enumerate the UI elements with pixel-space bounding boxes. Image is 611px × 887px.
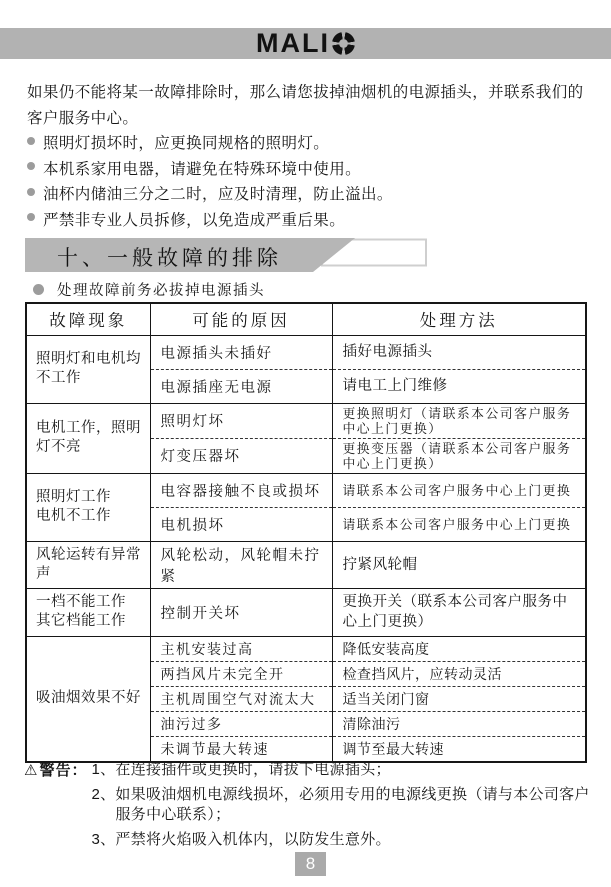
- section-banner: 十、一般故障的排除: [25, 238, 435, 272]
- cause-cell: 电容器接触不良或损坏: [150, 473, 332, 507]
- phenomenon-cell: 照明灯和电机均不工作: [26, 335, 150, 403]
- cause-cell: 两挡风片未完全开: [150, 661, 332, 686]
- bullet-icon: [27, 137, 35, 145]
- table-row: 照明灯工作 电机不工作电容器接触不良或损坏请联系本公司客户服务中心上门更换: [26, 473, 586, 507]
- note-item: 本机系家用电器，请避免在特殊环境中使用。: [27, 157, 597, 183]
- table-row: 电机工作，照明灯不亮照明灯坏更换照明灯（请联系本公司客户服务中心上门更换）: [26, 403, 586, 438]
- phenomenon-cell: 一档不能工作 其它档能工作: [26, 588, 150, 636]
- solution-cell: 更换变压器（请联系本公司客户服务中心上门更换）: [332, 438, 586, 473]
- notes-list: 照明灯损坏时，应更换同规格的照明灯。本机系家用电器，请避免在特殊环境中使用。油杯…: [27, 131, 597, 233]
- brand-logo-text: MALI: [256, 28, 330, 59]
- phenomenon-cell: 风轮运转有异常声: [26, 541, 150, 588]
- cause-cell: 电机损坏: [150, 507, 332, 541]
- table-row: 一档不能工作 其它档能工作控制开关坏更换开关（联系本公司客户服务中心上门更换）: [26, 588, 586, 636]
- note-item: 严禁非专业人员拆修，以免造成严重后果。: [27, 208, 597, 234]
- solution-cell: 更换开关（联系本公司客户服务中心上门更换）: [332, 588, 586, 636]
- intro-paragraph: 如果仍不能将某一故障排除时，那么请您拔掉油烟机的电源插头，并联系我们的客户服务中…: [27, 80, 589, 132]
- note-text: 严禁非专业人员拆修，以免造成严重后果。: [43, 208, 345, 234]
- header-cell: 处理方法: [332, 303, 586, 335]
- note-text: 本机系家用电器，请避免在特殊环境中使用。: [43, 157, 361, 183]
- fault-table: 故障现象可能的原因处理方法 照明灯和电机均不工作电源插头未插好插好电源插头电源插…: [25, 302, 587, 763]
- phenomenon-cell: 电机工作，照明灯不亮: [26, 403, 150, 473]
- cause-cell: 照明灯坏: [150, 403, 332, 438]
- brand-bar: MALI: [0, 28, 611, 59]
- shutter-ring-icon: [332, 32, 355, 55]
- header-cell: 可能的原因: [150, 303, 332, 335]
- table-row: 风轮运转有异常声风轮松动，风轮帽未拧紧拧紧风轮帽: [26, 541, 586, 588]
- fault-table-body: 照明灯和电机均不工作电源插头未插好插好电源插头电源插座无电源请电工上门维修电机工…: [26, 335, 586, 762]
- note-text: 油杯内储油三分之二时，应及时清理，防止溢出。: [43, 182, 393, 208]
- bullet-icon: [27, 162, 35, 170]
- bullet-icon: [27, 188, 35, 196]
- solution-cell: 降低安装高度: [332, 636, 586, 661]
- phenomenon-cell: 照明灯工作 电机不工作: [26, 473, 150, 541]
- cause-cell: 主机安装过高: [150, 636, 332, 661]
- brand-logo: MALI: [256, 28, 355, 59]
- warning-label: ⚠警告：: [24, 760, 87, 781]
- solution-cell: 更换照明灯（请联系本公司客户服务中心上门更换）: [332, 403, 586, 438]
- warning-triangle-icon: ⚠: [24, 762, 38, 779]
- cause-cell: 控制开关坏: [150, 588, 332, 636]
- section-title: 十、一般故障的排除: [57, 242, 282, 272]
- solution-cell: 插好电源插头: [332, 335, 586, 369]
- solution-cell: 清除油污: [332, 711, 586, 736]
- warning-item: 2、如果吸油烟机电源线损坏，必须用专用的电源线更换（请与本公司客户服务中心联系）…: [91, 785, 596, 826]
- cause-cell: 主机周围空气对流太大: [150, 686, 332, 711]
- warning-items: 1、在连接插件或更换时，请拔下电源插头；2、如果吸油烟机电源线损坏，必须用专用的…: [91, 760, 596, 854]
- phenomenon-cell: 吸油烟效果不好: [26, 636, 150, 762]
- fault-table-header: 故障现象可能的原因处理方法: [26, 303, 586, 335]
- note-text: 照明灯损坏时，应更换同规格的照明灯。: [43, 131, 329, 157]
- warning-label-text: 警告：: [39, 762, 87, 779]
- manual-page: MALI 如果仍不能将某一故障排除时，那么请您拔掉油烟机的电源插头，并联系我们的…: [0, 0, 611, 887]
- solution-cell: 调节至最大转速: [332, 736, 586, 762]
- note-item: 照明灯损坏时，应更换同规格的照明灯。: [27, 131, 597, 157]
- solution-cell: 适当关闭门窗: [332, 686, 586, 711]
- solution-cell: 请联系本公司客户服务中心上门更换: [332, 473, 586, 507]
- warning-item: 1、在连接插件或更换时，请拔下电源插头；: [91, 760, 596, 781]
- section-subnote: 处理故障前务必拔掉电源插头: [33, 279, 265, 300]
- page-number-badge: 8: [295, 852, 326, 876]
- solution-cell: 检查挡风片，应转动灵活: [332, 661, 586, 686]
- cause-cell: 未调节最大转速: [150, 736, 332, 762]
- subnote-text: 处理故障前务必拔掉电源插头: [57, 279, 265, 300]
- cause-cell: 灯变压器坏: [150, 438, 332, 473]
- cause-cell: 油污过多: [150, 711, 332, 736]
- solution-cell: 请联系本公司客户服务中心上门更换: [332, 507, 586, 541]
- cause-cell: 电源插座无电源: [150, 369, 332, 403]
- cause-cell: 电源插头未插好: [150, 335, 332, 369]
- table-row: 吸油烟效果不好主机安装过高降低安装高度: [26, 636, 586, 661]
- bullet-icon: [33, 284, 44, 295]
- cause-cell: 风轮松动，风轮帽未拧紧: [150, 541, 332, 588]
- header-cell: 故障现象: [26, 303, 150, 335]
- fault-table-wrap: 故障现象可能的原因处理方法 照明灯和电机均不工作电源插头未插好插好电源插头电源插…: [25, 302, 587, 763]
- warning-block: ⚠警告： 1、在连接插件或更换时，请拔下电源插头；2、如果吸油烟机电源线损坏，必…: [24, 760, 596, 854]
- table-row: 照明灯和电机均不工作电源插头未插好插好电源插头: [26, 335, 586, 369]
- solution-cell: 请电工上门维修: [332, 369, 586, 403]
- solution-cell: 拧紧风轮帽: [332, 541, 586, 588]
- bullet-icon: [27, 213, 35, 221]
- warning-item: 3、严禁将火焰吸入机体内，以防发生意外。: [91, 830, 596, 851]
- note-item: 油杯内储油三分之二时，应及时清理，防止溢出。: [27, 182, 597, 208]
